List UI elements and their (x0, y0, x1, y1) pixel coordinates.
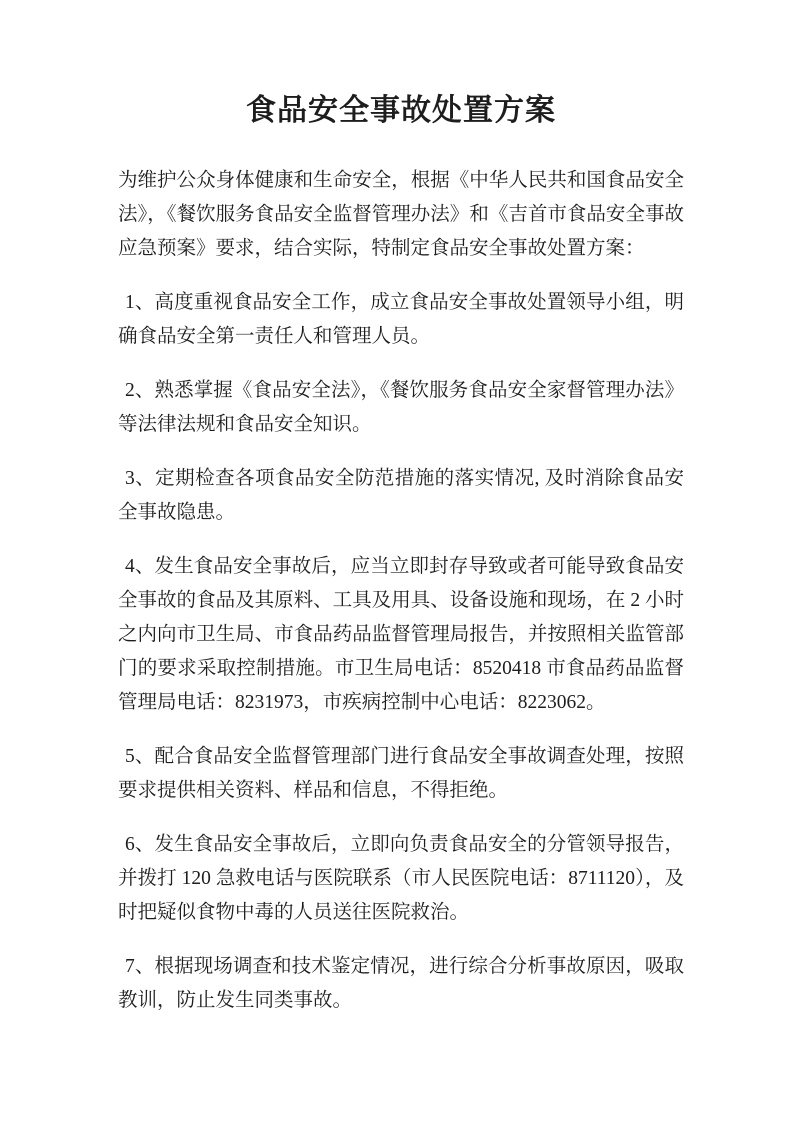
list-item-1: 1、高度重视食品安全工作，成立食品安全事故处置领导小组，明确食品安全第一责任人和… (118, 286, 684, 354)
page-title: 食品安全事故处置方案 (118, 92, 684, 130)
list-item-2: 2、熟悉掌握《食品安全法》，《餐饮服务食品安全家督管理办法》等法律法规和食品安全… (118, 374, 684, 442)
document-page: 食品安全事故处置方案 为维护公众身体健康和生命安全，根据《中华人民共和国食品安全… (0, 0, 793, 1122)
intro-paragraph: 为维护公众身体健康和生命安全，根据《中华人民共和国食品安全法》，《餐饮服务食品安… (118, 164, 684, 266)
list-item-7: 7、根据现场调查和技术鉴定情况，进行综合分析事故原因，吸取教训，防止发生同类事故… (118, 950, 684, 1018)
list-item-6: 6、发生食品安全事故后，立即向负责食品安全的分管领导报告，并拨打 120 急救电… (118, 828, 684, 930)
list-item-4: 4、发生食品安全事故后，应当立即封存导致或者可能导致食品安全事故的食品及其原料、… (118, 550, 684, 720)
list-item-5: 5、配合食品安全监督管理部门进行食品安全事故调查处理，按照要求提供相关资料、样品… (118, 740, 684, 808)
list-item-3: 3、定期检查各项食品安全防范措施的落实情况, 及时消除食品安全事故隐患。 (118, 462, 684, 530)
